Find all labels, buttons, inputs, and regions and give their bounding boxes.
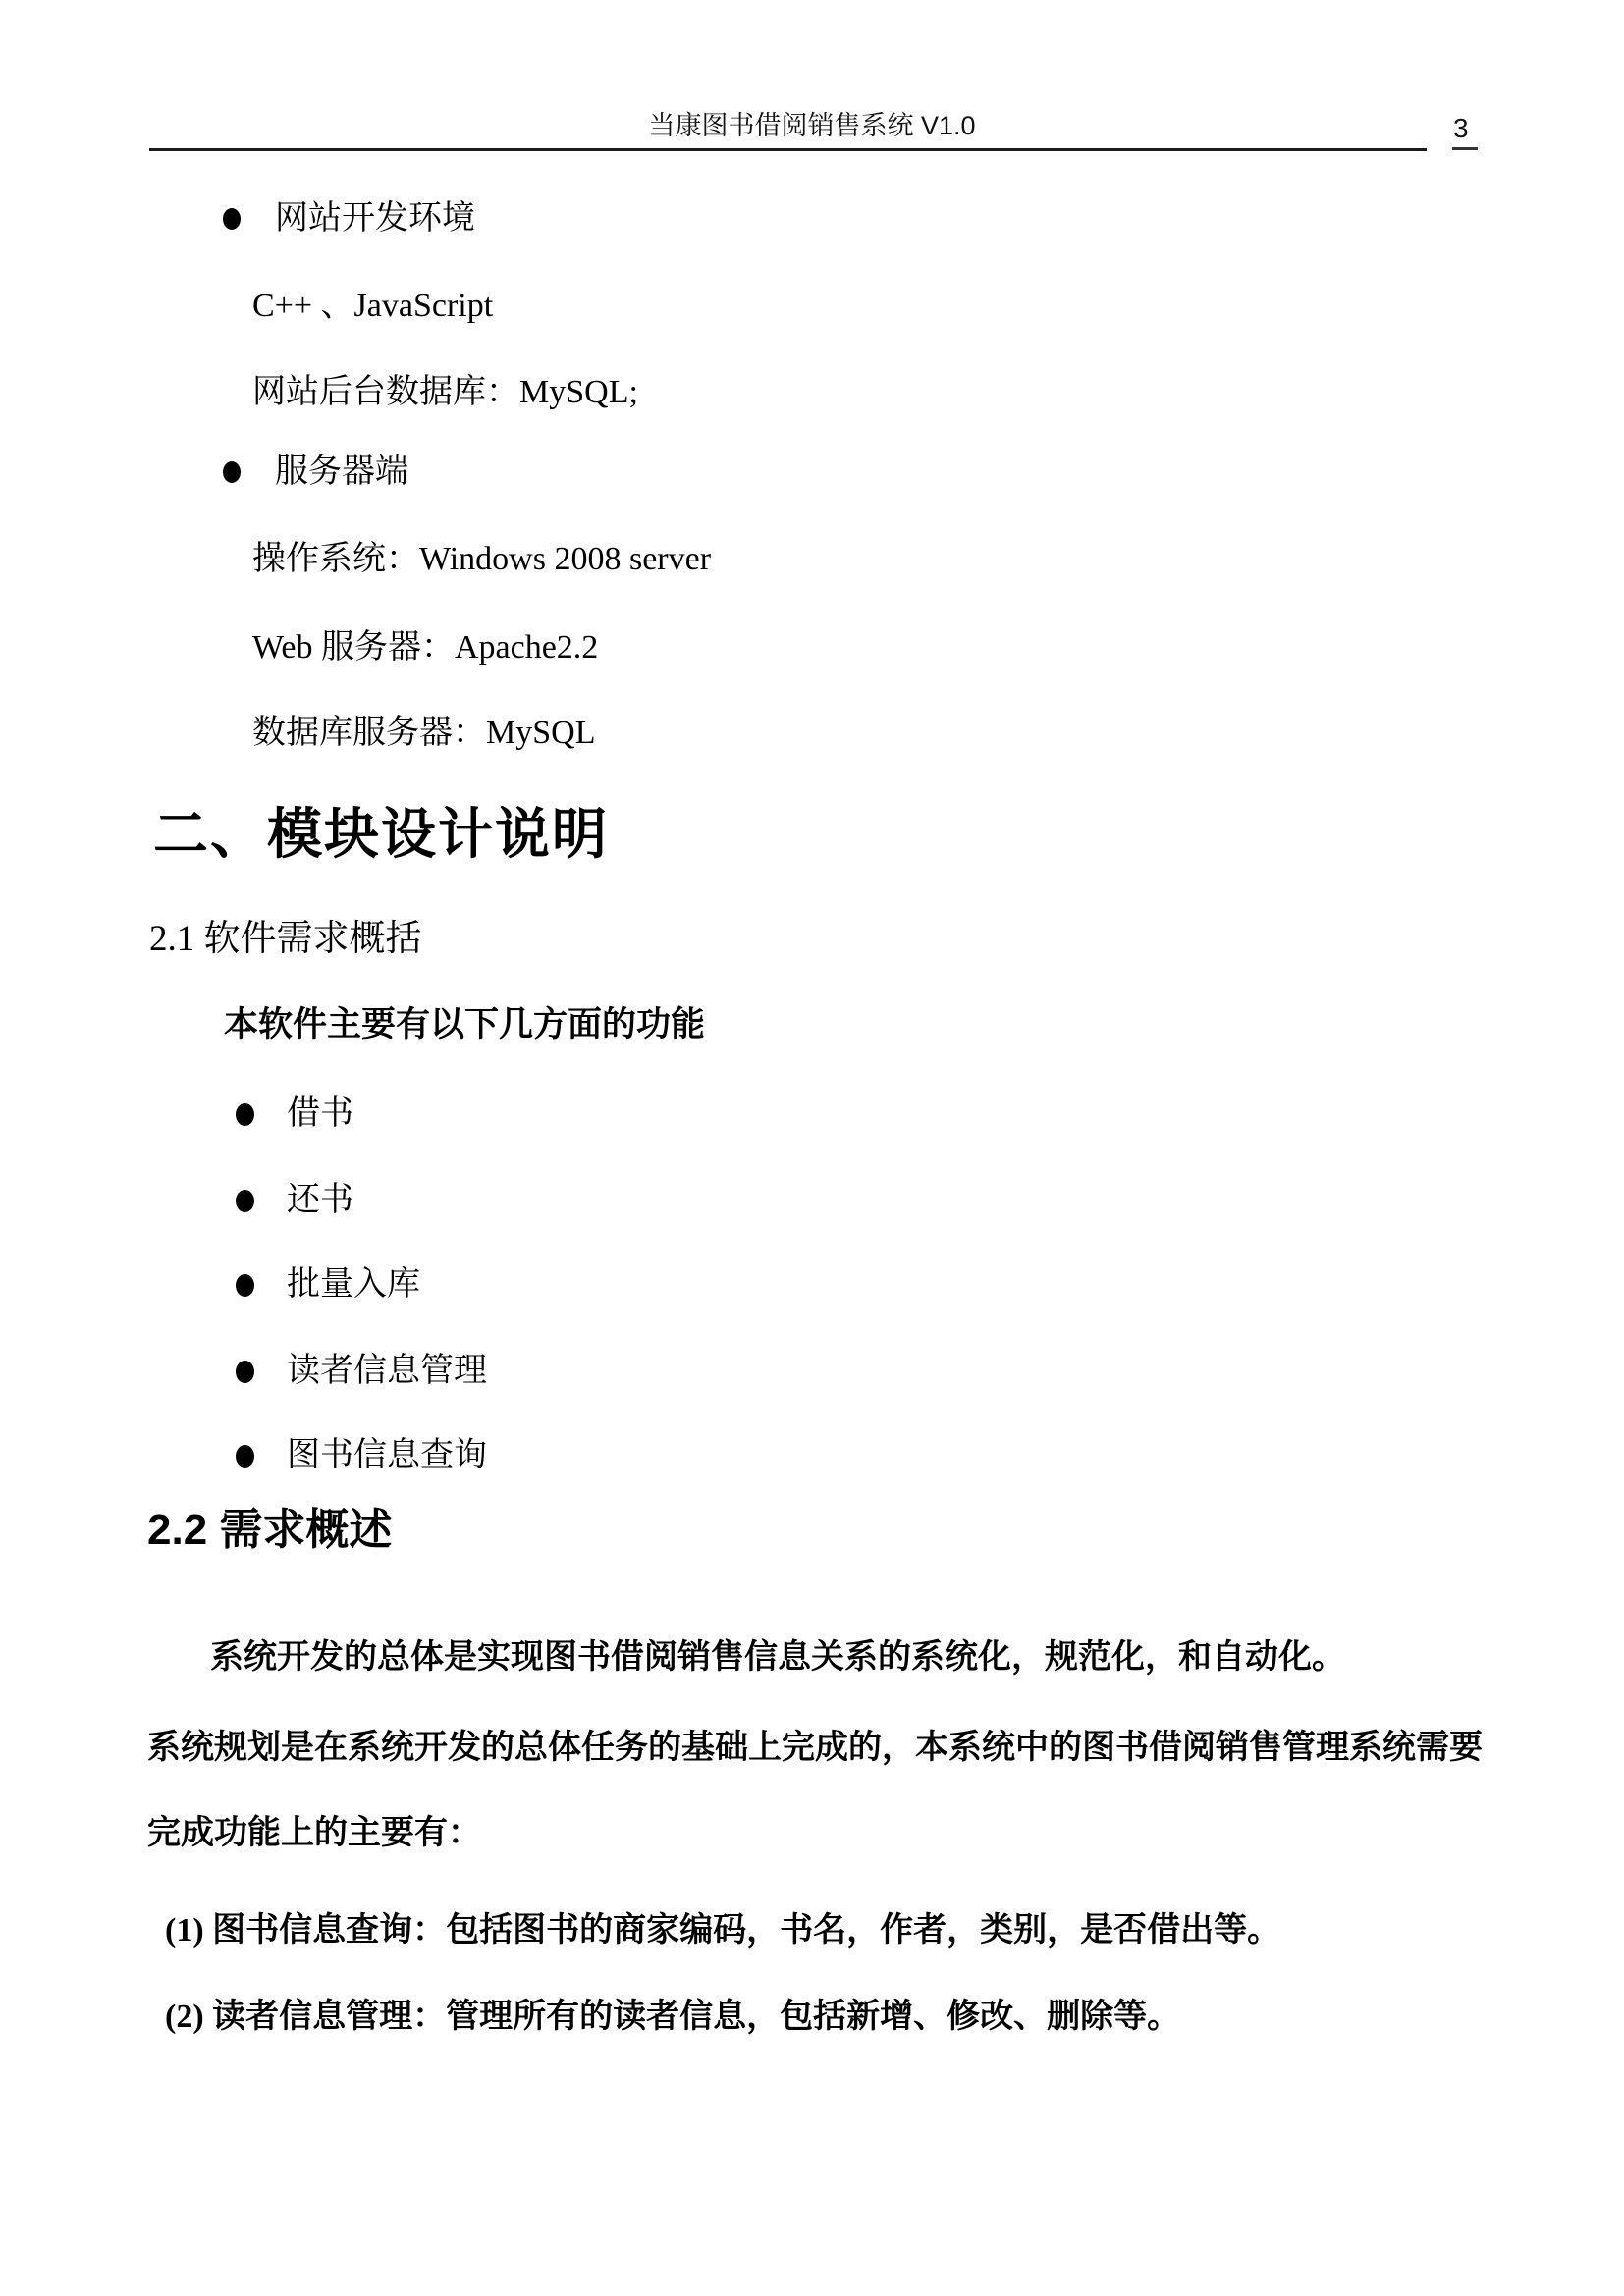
feature-label: 批量入库 <box>287 1264 420 1306</box>
bullet-icon <box>236 1274 254 1297</box>
page-number: 3 <box>1453 112 1469 144</box>
header-title: 当康图书借阅销售系统 V1.0 <box>0 110 1624 142</box>
paragraph-line: 完成功能上的主要有： <box>147 1813 481 1854</box>
numbered-item: (2) 读者信息管理：管理所有的读者信息，包括新增、修改、删除等。 <box>165 1997 1180 2038</box>
bullet-icon <box>223 461 241 483</box>
numbered-item: (1) 图书信息查询：包括图书的商家编码，书名，作者，类别，是否借出等。 <box>165 1910 1280 1951</box>
page-number-underline <box>1452 147 1478 150</box>
feature-item: 读者信息管理 <box>236 1351 487 1392</box>
feature-item: 还书 <box>236 1180 353 1221</box>
env-bullet-item: 服务器端 <box>223 452 408 493</box>
bullet-icon <box>236 1103 254 1126</box>
feature-item: 图书信息查询 <box>236 1435 487 1476</box>
env-detail-line: Web 服务器：Apache2.2 <box>252 627 598 668</box>
env-bullet-label: 网站开发环境 <box>275 198 475 240</box>
feature-item: 借书 <box>236 1094 353 1135</box>
bullet-icon <box>236 1190 254 1212</box>
env-bullet-item: 网站开发环境 <box>223 198 475 240</box>
env-bullet-label: 服务器端 <box>275 452 408 493</box>
feature-label: 读者信息管理 <box>287 1351 487 1392</box>
feature-label: 图书信息查询 <box>287 1435 487 1476</box>
chapter-heading: 二、模块设计说明 <box>153 803 609 868</box>
env-detail-line: 操作系统：Windows 2008 server <box>252 539 711 580</box>
env-detail-line: C++ 、JavaScript <box>252 286 493 327</box>
env-detail-line: 数据库服务器：MySQL <box>252 713 595 754</box>
header-rule <box>149 148 1427 151</box>
bullet-icon <box>236 1445 254 1468</box>
bullet-icon <box>223 208 241 230</box>
feature-label: 借书 <box>287 1094 353 1135</box>
section-2-2-heading: 2.2 需求概述 <box>147 1504 392 1557</box>
section-2-1-heading: 2.1 软件需求概括 <box>149 917 422 962</box>
document-page: 当康图书借阅销售系统 V1.0 3 网站开发环境 C++ 、JavaScript… <box>0 0 1624 2296</box>
feature-item: 批量入库 <box>236 1264 420 1306</box>
paragraph-line: 系统规划是在系统开发的总体任务的基础上完成的，本系统中的图书借阅销售管理系统需要 <box>147 1728 1483 1769</box>
env-detail-line: 网站后台数据库：MySQL; <box>252 372 638 413</box>
paragraph-line: 系统开发的总体是实现图书借阅销售信息关系的系统化，规范化，和自动化。 <box>210 1637 1345 1679</box>
bullet-icon <box>236 1361 254 1383</box>
section-2-1-intro: 本软件主要有以下几方面的功能 <box>224 1003 705 1046</box>
feature-label: 还书 <box>287 1180 353 1221</box>
